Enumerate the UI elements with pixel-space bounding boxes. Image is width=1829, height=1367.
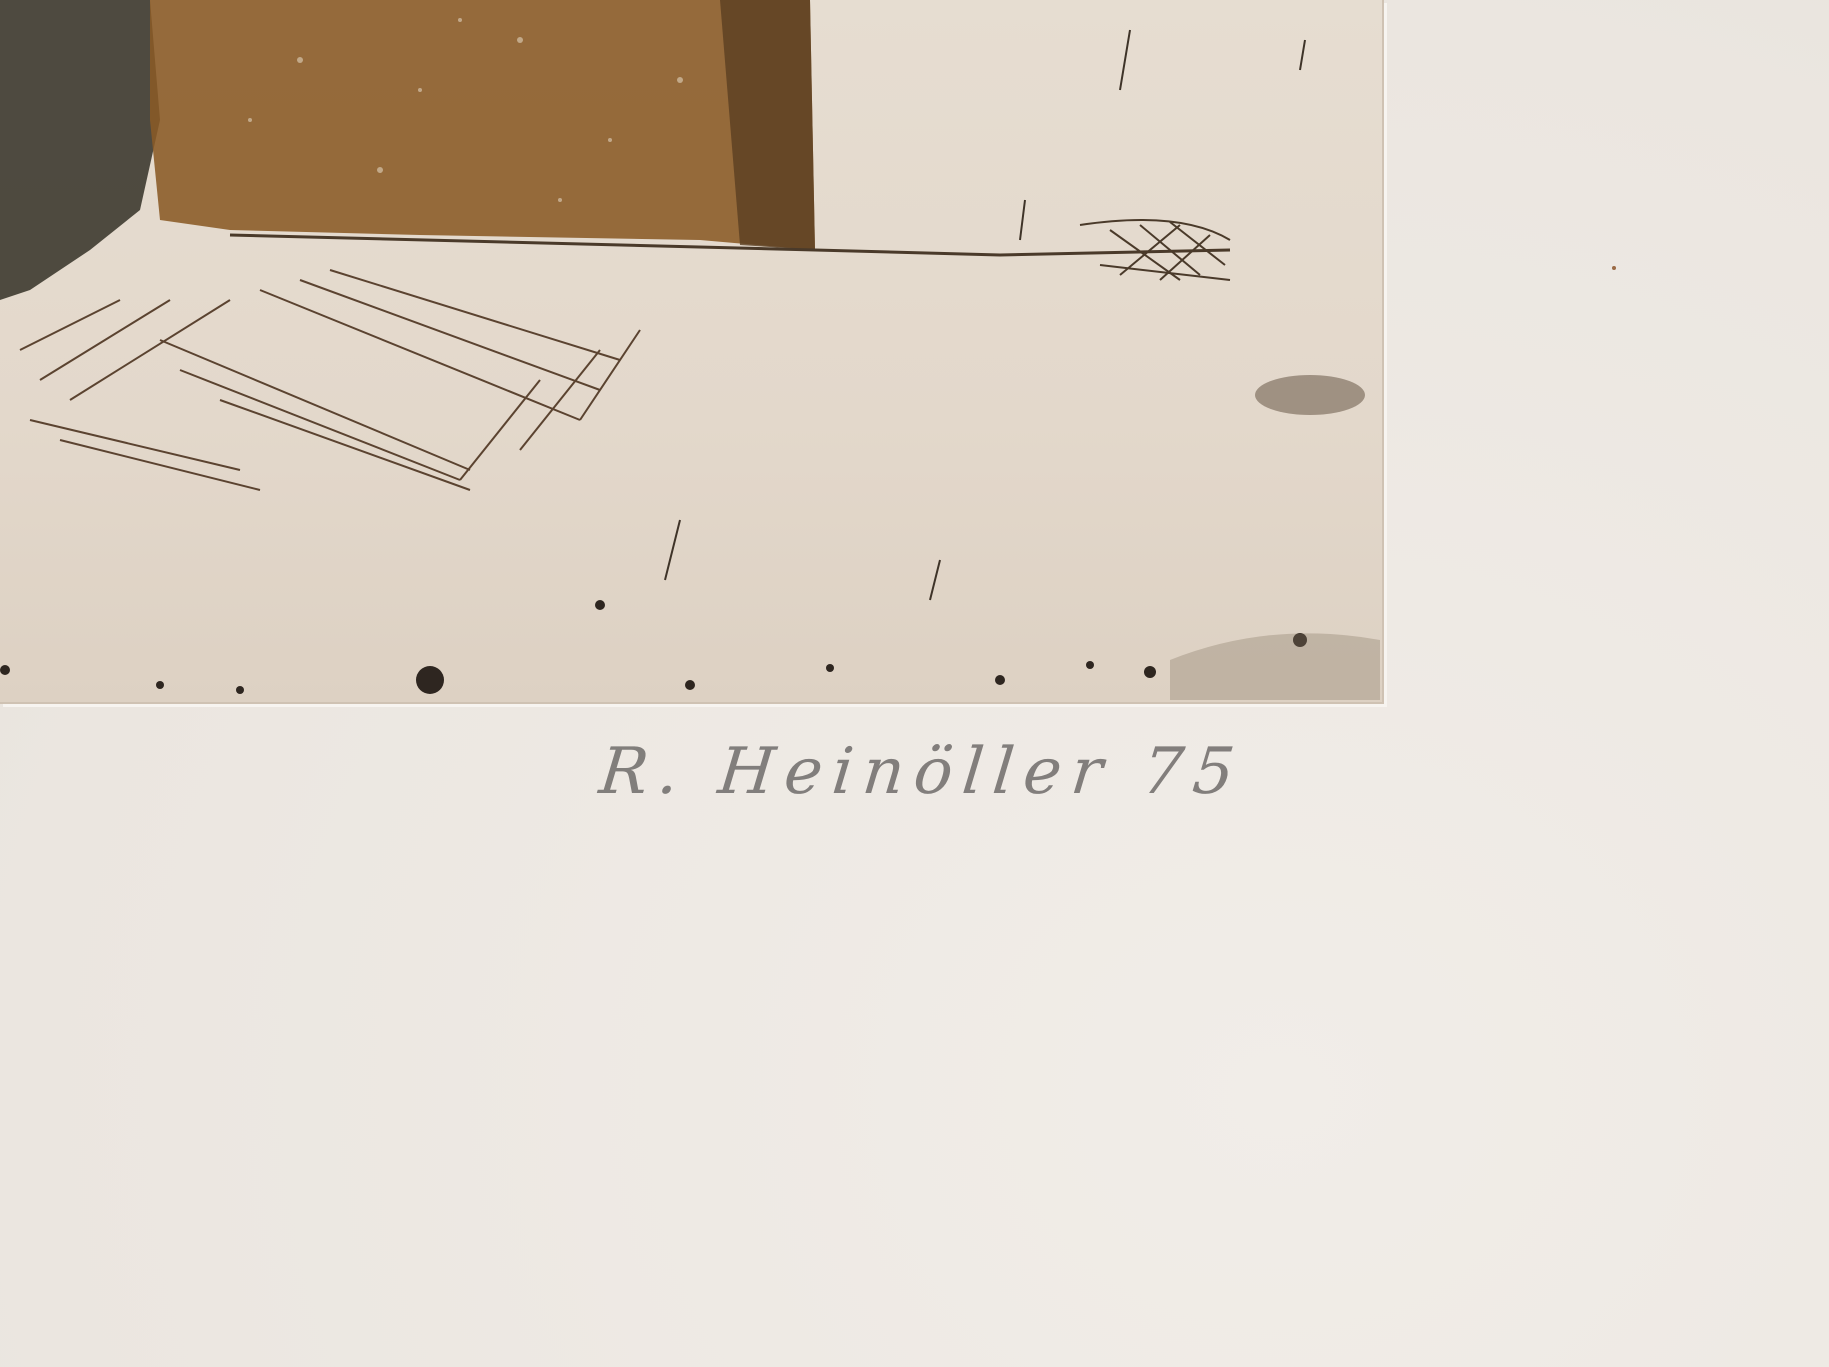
etching-photo: R. Heinöller 75 — [0, 0, 1829, 1367]
paper-speck — [1612, 266, 1616, 270]
etched-plate — [0, 0, 1384, 704]
pencil-signature: R. Heinöller 75 — [596, 735, 1248, 809]
etching-artwork — [0, 0, 1382, 702]
